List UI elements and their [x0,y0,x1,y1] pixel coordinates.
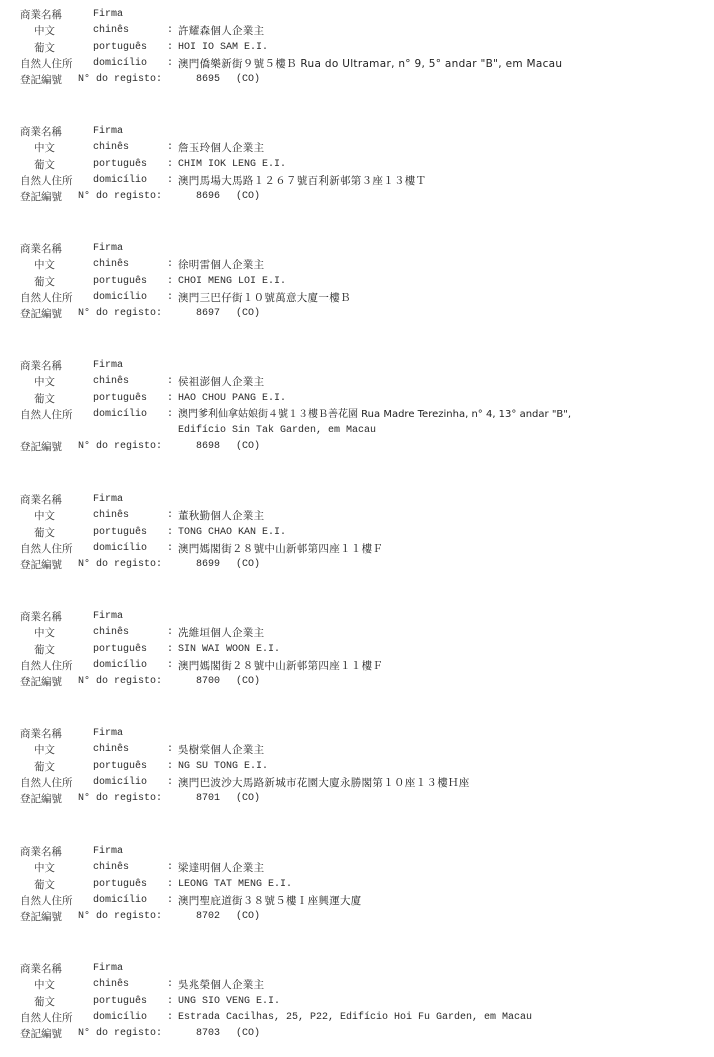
firma-label-pt: Firma [93,7,123,23]
registo-code: (CO) [236,306,260,322]
portuguese-label-pt: português [93,525,147,541]
domicilio-value: 澳門馬場大馬路１２６７號百利新邨第３座１３樓Ｔ [178,173,426,189]
portuguese-name-row: 葡文 português : TONG CHAO KAN E.I. [0,525,714,541]
portuguese-name-value: UNG SIO VENG E.I. [178,994,280,1010]
firma-label-pt: Firma [93,609,123,625]
domicilio-label-zh: 自然人住所 [20,407,73,423]
domicilio-continuation-row: Edifício Sin Tak Garden, em Macau [0,423,714,439]
registry-entry: 商業名稱 Firma 中文 chinês : 吳樹棠個人企業主 葡文 portu… [0,726,714,807]
domicilio-value: 澳門巴波沙大馬路新城市花園大廈永勝閣第１０座１３樓Ｈ座 [178,775,470,791]
domicilio-row: 自然人住所 domicílio : 澳門馬場大馬路１２６７號百利新邨第３座１３樓… [0,173,714,189]
portuguese-name-row: 葡文 português : CHIM IOK LENG E.I. [0,157,714,173]
domicilio-label-pt: domicílio [93,1010,147,1026]
registo-label-zh: 登記編號 [20,1026,62,1042]
chinese-name-value: 吳樹棠個人企業主 [178,742,264,758]
chinese-name-value: 侯祖澎個人企業主 [178,374,264,390]
portuguese-label-pt: português [93,157,147,173]
firma-row: 商業名稱 Firma [0,844,714,860]
registo-label-pt: N° do registo: [78,439,162,455]
domicilio-value: 澳門聖庇道街３８號５樓Ｉ座興運大廈 [178,893,362,909]
chinese-label-zh: 中文 [34,977,55,993]
portuguese-name-row: 葡文 português : UNG SIO VENG E.I. [0,994,714,1010]
registo-label-zh: 登記編號 [20,306,62,322]
portuguese-label-pt: português [93,759,147,775]
portuguese-label-zh: 葡文 [34,877,55,893]
registo-code: (CO) [236,557,260,573]
firma-label-pt: Firma [93,124,123,140]
colon: : [167,994,173,1010]
firma-row: 商業名稱 Firma [0,124,714,140]
firma-label-zh: 商業名稱 [20,844,62,860]
portuguese-name-row: 葡文 português : HAO CHOU PANG E.I. [0,391,714,407]
portuguese-name-row: 葡文 português : NG SU TONG E.I. [0,759,714,775]
registo-number: 8701 [196,791,220,807]
colon: : [167,40,173,56]
colon: : [167,274,173,290]
chinese-name-value: 許耀森個人企業主 [178,23,264,39]
portuguese-label-zh: 葡文 [34,157,55,173]
colon: : [167,173,173,189]
registo-row: 登記編號 N° do registo: 8701 (CO) [0,791,714,807]
chinese-label-zh: 中文 [34,860,55,876]
colon: : [167,877,173,893]
firma-label-pt: Firma [93,241,123,257]
colon: : [167,658,173,674]
registo-code: (CO) [236,791,260,807]
registo-row: 登記編號 N° do registo: 8695 (CO) [0,72,714,88]
colon: : [167,157,173,173]
registo-code: (CO) [236,674,260,690]
colon: : [167,391,173,407]
portuguese-label-zh: 葡文 [34,391,55,407]
domicilio-label-zh: 自然人住所 [20,658,73,674]
registo-row: 登記編號 N° do registo: 8696 (CO) [0,189,714,205]
registo-number: 8702 [196,909,220,925]
domicilio-label-zh: 自然人住所 [20,290,73,306]
chinese-label-zh: 中文 [34,508,55,524]
chinese-label-zh: 中文 [34,140,55,156]
registo-label-zh: 登記編號 [20,72,62,88]
registo-number: 8698 [196,439,220,455]
colon: : [167,642,173,658]
firma-row: 商業名稱 Firma [0,241,714,257]
domicilio-row: 自然人住所 domicílio : 澳門僑樂新街９號５樓Ｂ Rua do Ult… [0,56,714,72]
registo-number: 8700 [196,674,220,690]
registo-label-pt: N° do registo: [78,557,162,573]
colon: : [167,525,173,541]
firma-label-zh: 商業名稱 [20,961,62,977]
portuguese-name-row: 葡文 português : HOI IO SAM E.I. [0,40,714,56]
portuguese-label-zh: 葡文 [34,274,55,290]
registo-row: 登記編號 N° do registo: 8699 (CO) [0,557,714,573]
domicilio-label-pt: domicílio [93,893,147,909]
firma-label-zh: 商業名稱 [20,726,62,742]
portuguese-label-zh: 葡文 [34,994,55,1010]
portuguese-label-pt: português [93,877,147,893]
colon: : [167,290,173,306]
chinese-name-value: 詹玉玲個人企業主 [178,140,264,156]
registo-number: 8695 [196,72,220,88]
chinese-name-row: 中文 chinês : 詹玉玲個人企業主 [0,140,714,156]
portuguese-name-value: TONG CHAO KAN E.I. [178,525,286,541]
domicilio-value: 澳門三巴仔街１０號萬意大廈一樓Ｂ [178,290,351,306]
firma-row: 商業名稱 Firma [0,961,714,977]
firma-label-pt: Firma [93,844,123,860]
firma-row: 商業名稱 Firma [0,492,714,508]
colon: : [167,1010,173,1026]
registo-label-zh: 登記編號 [20,189,62,205]
domicilio-label-pt: domicílio [93,407,147,423]
portuguese-label-zh: 葡文 [34,40,55,56]
chinese-name-value: 梁達明個人企業主 [178,860,264,876]
portuguese-label-zh: 葡文 [34,525,55,541]
domicilio-row: 自然人住所 domicílio : Estrada Cacilhas, 25, … [0,1010,714,1026]
chinese-label-pt: chinês [93,140,129,156]
domicilio-label-pt: domicílio [93,290,147,306]
domicilio-label-pt: domicílio [93,56,147,72]
chinese-name-value: 吳兆榮個人企業主 [178,977,264,993]
colon: : [167,374,173,390]
domicilio-row: 自然人住所 domicílio : 澳門巴波沙大馬路新城市花園大廈永勝閣第１０座… [0,775,714,791]
registo-label-pt: N° do registo: [78,306,162,322]
firma-label-pt: Firma [93,961,123,977]
registo-number: 8699 [196,557,220,573]
chinese-name-value: 徐明雷個人企業主 [178,257,264,273]
domicilio-label-pt: domicílio [93,173,147,189]
portuguese-name-row: 葡文 português : SIN WAI WOON E.I. [0,642,714,658]
registo-row: 登記編號 N° do registo: 8697 (CO) [0,306,714,322]
chinese-label-zh: 中文 [34,742,55,758]
chinese-label-pt: chinês [93,374,129,390]
registo-code: (CO) [236,72,260,88]
registo-label-pt: N° do registo: [78,189,162,205]
colon: : [167,257,173,273]
portuguese-label-pt: português [93,274,147,290]
firma-label-zh: 商業名稱 [20,492,62,508]
firma-label-zh: 商業名稱 [20,241,62,257]
firma-label-zh: 商業名稱 [20,124,62,140]
domicilio-row: 自然人住所 domicílio : 澳門爹利仙拿姑娘街４號１３樓Ｂ善花園 Rua… [0,407,714,423]
registo-number: 8703 [196,1026,220,1042]
chinese-name-row: 中文 chinês : 梁達明個人企業主 [0,860,714,876]
firma-row: 商業名稱 Firma [0,726,714,742]
portuguese-name-value: NG SU TONG E.I. [178,759,268,775]
domicilio-label-zh: 自然人住所 [20,775,73,791]
registry-entry: 商業名稱 Firma 中文 chinês : 侯祖澎個人企業主 葡文 portu… [0,358,714,456]
colon: : [167,977,173,993]
colon: : [167,407,173,423]
domicilio-label-pt: domicílio [93,658,147,674]
registo-label-pt: N° do registo: [78,72,162,88]
registo-label-pt: N° do registo: [78,674,162,690]
chinese-label-pt: chinês [93,625,129,641]
domicilio-value: 澳門媽閣街２８號中山新邨第四座１１樓Ｆ [178,541,383,557]
firma-row: 商業名稱 Firma [0,7,714,23]
registo-label-pt: N° do registo: [78,909,162,925]
chinese-name-row: 中文 chinês : 董秋勤個人企業主 [0,508,714,524]
registo-code: (CO) [236,1026,260,1042]
domicilio-value: 澳門媽閣街２８號中山新邨第四座１１樓Ｆ [178,658,383,674]
registo-number: 8696 [196,189,220,205]
registry-entry: 商業名稱 Firma 中文 chinês : 許耀森個人企業主 葡文 portu… [0,7,714,88]
chinese-label-zh: 中文 [34,374,55,390]
chinese-name-value: 冼維垣個人企業主 [178,625,264,641]
portuguese-label-pt: português [93,994,147,1010]
colon: : [167,893,173,909]
registry-entry: 商業名稱 Firma 中文 chinês : 吳兆榮個人企業主 葡文 portu… [0,961,714,1042]
chinese-name-row: 中文 chinês : 吳樹棠個人企業主 [0,742,714,758]
portuguese-name-value: SIN WAI WOON E.I. [178,642,280,658]
domicilio-label-zh: 自然人住所 [20,1010,73,1026]
domicilio-label-pt: domicílio [93,775,147,791]
registo-row: 登記編號 N° do registo: 8698 (CO) [0,439,714,455]
portuguese-label-pt: português [93,40,147,56]
registo-code: (CO) [236,439,260,455]
domicilio-continuation: Edifício Sin Tak Garden, em Macau [178,423,376,439]
domicilio-row: 自然人住所 domicílio : 澳門三巴仔街１０號萬意大廈一樓Ｂ [0,290,714,306]
chinese-name-row: 中文 chinês : 冼維垣個人企業主 [0,625,714,641]
registry-entry: 商業名稱 Firma 中文 chinês : 詹玉玲個人企業主 葡文 portu… [0,124,714,205]
chinese-label-pt: chinês [93,860,129,876]
colon: : [167,759,173,775]
portuguese-name-value: CHIM IOK LENG E.I. [178,157,286,173]
chinese-label-zh: 中文 [34,257,55,273]
registo-label-zh: 登記編號 [20,674,62,690]
registry-entry: 商業名稱 Firma 中文 chinês : 徐明雷個人企業主 葡文 portu… [0,241,714,322]
portuguese-label-pt: português [93,642,147,658]
chinese-name-value: 董秋勤個人企業主 [178,508,264,524]
colon: : [167,541,173,557]
portuguese-name-value: CHOI MENG LOI E.I. [178,274,286,290]
registo-label-pt: N° do registo: [78,1026,162,1042]
domicilio-row: 自然人住所 domicílio : 澳門媽閣街２８號中山新邨第四座１１樓Ｆ [0,658,714,674]
registo-label-zh: 登記編號 [20,439,62,455]
colon: : [167,742,173,758]
firma-label-pt: Firma [93,726,123,742]
colon: : [167,140,173,156]
chinese-label-pt: chinês [93,257,129,273]
portuguese-label-pt: português [93,391,147,407]
colon: : [167,23,173,39]
portuguese-name-value: HOI IO SAM E.I. [178,40,268,56]
domicilio-label-zh: 自然人住所 [20,893,73,909]
registo-label-pt: N° do registo: [78,791,162,807]
chinese-label-zh: 中文 [34,23,55,39]
registry-entry: 商業名稱 Firma 中文 chinês : 冼維垣個人企業主 葡文 portu… [0,609,714,690]
registry-entry: 商業名稱 Firma 中文 chinês : 梁達明個人企業主 葡文 portu… [0,844,714,925]
chinese-label-pt: chinês [93,508,129,524]
portuguese-name-value: HAO CHOU PANG E.I. [178,391,286,407]
firma-label-zh: 商業名稱 [20,609,62,625]
domicilio-row: 自然人住所 domicílio : 澳門聖庇道街３８號５樓Ｉ座興運大廈 [0,893,714,909]
registo-row: 登記編號 N° do registo: 8702 (CO) [0,909,714,925]
chinese-label-pt: chinês [93,742,129,758]
colon: : [167,625,173,641]
portuguese-label-zh: 葡文 [34,759,55,775]
colon: : [167,860,173,876]
firma-row: 商業名稱 Firma [0,358,714,374]
registo-row: 登記編號 N° do registo: 8703 (CO) [0,1026,714,1042]
firma-label-zh: 商業名稱 [20,358,62,374]
chinese-name-row: 中文 chinês : 徐明雷個人企業主 [0,257,714,273]
domicilio-row: 自然人住所 domicílio : 澳門媽閣街２８號中山新邨第四座１１樓Ｆ [0,541,714,557]
domicilio-label-zh: 自然人住所 [20,541,73,557]
chinese-label-pt: chinês [93,977,129,993]
domicilio-value: Estrada Cacilhas, 25, P22, Edifício Hoi … [178,1010,532,1026]
registo-number: 8697 [196,306,220,322]
firma-label-pt: Firma [93,492,123,508]
domicilio-label-zh: 自然人住所 [20,173,73,189]
registo-label-zh: 登記編號 [20,557,62,573]
portuguese-name-row: 葡文 português : CHOI MENG LOI E.I. [0,274,714,290]
registo-label-zh: 登記編號 [20,791,62,807]
registo-code: (CO) [236,189,260,205]
portuguese-label-zh: 葡文 [34,642,55,658]
chinese-label-zh: 中文 [34,625,55,641]
chinese-name-row: 中文 chinês : 許耀森個人企業主 [0,23,714,39]
colon: : [167,775,173,791]
registry-entry: 商業名稱 Firma 中文 chinês : 董秋勤個人企業主 葡文 portu… [0,492,714,573]
firma-label-pt: Firma [93,358,123,374]
domicilio-label-pt: domicílio [93,541,147,557]
registo-code: (CO) [236,909,260,925]
domicilio-value: 澳門爹利仙拿姑娘街４號１３樓Ｂ善花園 Rua Madre Terezinha, … [178,407,571,423]
registo-row: 登記編號 N° do registo: 8700 (CO) [0,674,714,690]
colon: : [167,56,173,72]
domicilio-label-zh: 自然人住所 [20,56,73,72]
firma-row: 商業名稱 Firma [0,609,714,625]
chinese-label-pt: chinês [93,23,129,39]
portuguese-name-value: LEONG TAT MENG E.I. [178,877,292,893]
colon: : [167,508,173,524]
registo-label-zh: 登記編號 [20,909,62,925]
chinese-name-row: 中文 chinês : 侯祖澎個人企業主 [0,374,714,390]
chinese-name-row: 中文 chinês : 吳兆榮個人企業主 [0,977,714,993]
domicilio-value: 澳門僑樂新街９號５樓Ｂ Rua do Ultramar, n° 9, 5° an… [178,56,562,72]
firma-label-zh: 商業名稱 [20,7,62,23]
portuguese-name-row: 葡文 português : LEONG TAT MENG E.I. [0,877,714,893]
